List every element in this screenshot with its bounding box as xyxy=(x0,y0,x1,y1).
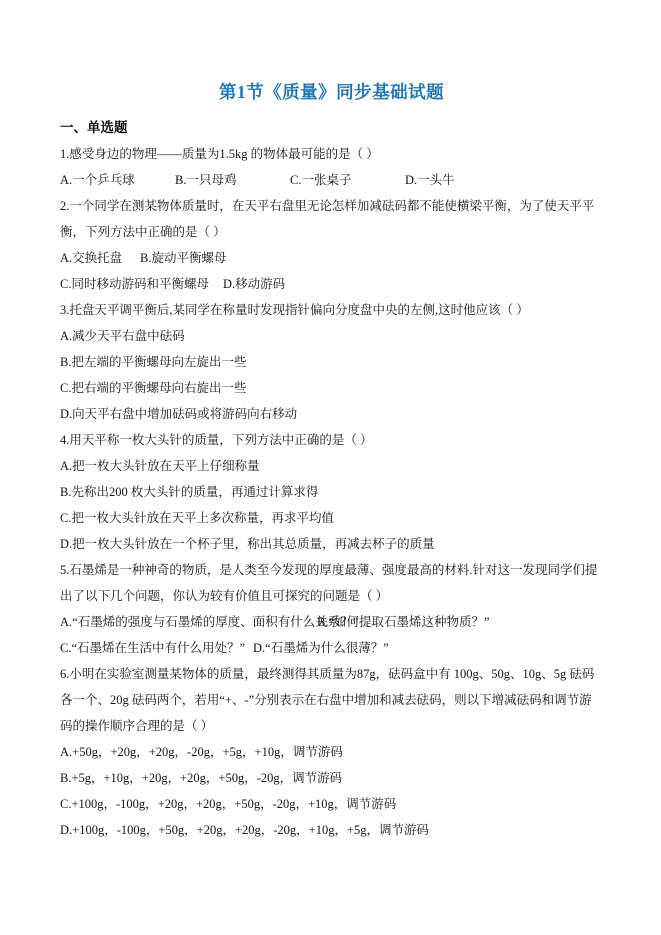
section-heading: 一、单选题 xyxy=(60,115,603,141)
option-row: B.+5g，+10g，+20g，+20g，+50g，-20g，调节游码 xyxy=(60,765,603,791)
question-stem: 5.石墨烯是一种神奇的物质，是人类至今发现的厚度最薄、强度最高的材料.针对这一发… xyxy=(60,557,603,609)
option-row: A.交换托盘B.旋动平衡螺母 xyxy=(60,245,603,271)
option: A.交换托盘 xyxy=(60,245,140,271)
option: C.同时移动游码和平衡螺母 xyxy=(60,271,223,297)
option: A.“石墨烯的强度与石墨烯的厚度、面积有什么关系？” xyxy=(60,609,317,635)
question-stem: 1.感受身边的物理——质量为1.5kg 的物体最可能的是（ ） xyxy=(60,141,603,167)
question: 5.石墨烯是一种神奇的物质，是人类至今发现的厚度最薄、强度最高的材料.针对这一发… xyxy=(60,557,603,661)
option-row: C.+100g，-100g，+20g，+20g，+50g，-20g，+10g，调… xyxy=(60,791,603,817)
option: D.把一枚大头针放在一个杯子里，称出其总质量，再减去杯子的质量 xyxy=(60,531,435,557)
option: A.减少天平右盘中砝码 xyxy=(60,323,185,349)
option: D.向天平右盘中增加砝码或将游码向右移动 xyxy=(60,401,297,427)
option: C.+100g，-100g，+20g，+20g，+50g，-20g，+10g，调… xyxy=(60,791,396,817)
option: D.+100g，-100g，+50g，+20g，+20g，-20g，+10g，+… xyxy=(60,817,429,843)
option-row: A.+50g，+20g，+20g，-20g，+5g，+10g，调节游码 xyxy=(60,739,603,765)
option: A.把一枚大头针放在天平上仔细称量 xyxy=(60,453,260,479)
option: A.一个乒乓球 xyxy=(60,167,175,193)
option-row: D.向天平右盘中增加砝码或将游码向右移动 xyxy=(60,401,603,427)
question-stem: 4.用天平称一枚大头针的质量，下列方法中正确的是（ ） xyxy=(60,427,603,453)
option: C.把右端的平衡螺母向右旋出一些 xyxy=(60,375,246,401)
worksheet-page: 第1节《质量》同步基础试题 一、单选题 1.感受身边的物理——质量为1.5kg … xyxy=(0,0,661,843)
page-title: 第1节《质量》同步基础试题 xyxy=(60,80,603,104)
option: B.旋动平衡螺母 xyxy=(140,245,226,271)
option: B.+5g，+10g，+20g，+20g，+50g，-20g，调节游码 xyxy=(60,765,342,791)
question: 3.托盘天平调平衡后,某同学在称量时发现指针偏向分度盘中央的左侧,这时他应该（ … xyxy=(60,297,603,427)
option-row: C.“石墨烯在生活中有什么用处？”D.“石墨烯为什么很薄？” xyxy=(60,635,603,661)
option-row: A.把一枚大头针放在天平上仔细称量 xyxy=(60,453,603,479)
option: B.一只母鸡 xyxy=(175,167,290,193)
question: 1.感受身边的物理——质量为1.5kg 的物体最可能的是（ ）A.一个乒乓球B.… xyxy=(60,141,603,193)
question-stem: 2.一个同学在测某物体质量时，在天平右盘里无论怎样加减砝码都不能使横梁平衡，为了… xyxy=(60,193,603,245)
option: D.一头牛 xyxy=(405,167,455,193)
option: D.移动游码 xyxy=(223,271,285,297)
option: C.把一枚大头针放在天平上多次称量，再求平均值 xyxy=(60,505,334,531)
question-stem: 6.小明在实验室测量某物体的质量，最终测得其质量为87g，砝码盒中有 100g、… xyxy=(60,661,603,739)
option: C.一张桌子 xyxy=(290,167,405,193)
option-row: C.同时移动游码和平衡螺母D.移动游码 xyxy=(60,271,603,297)
option: B.“如何提取石墨烯这种物质？” xyxy=(317,609,490,635)
option: C.“石墨烯在生活中有什么用处？” xyxy=(60,635,253,661)
option: B.把左端的平衡螺母向左旋出一些 xyxy=(60,349,246,375)
option-row: D.把一枚大头针放在一个杯子里，称出其总质量，再减去杯子的质量 xyxy=(60,531,603,557)
questions-container: 1.感受身边的物理——质量为1.5kg 的物体最可能的是（ ）A.一个乒乓球B.… xyxy=(60,141,603,843)
option: D.“石墨烯为什么很薄？” xyxy=(253,635,389,661)
option-row: C.把一枚大头针放在天平上多次称量，再求平均值 xyxy=(60,505,603,531)
question: 6.小明在实验室测量某物体的质量，最终测得其质量为87g，砝码盒中有 100g、… xyxy=(60,661,603,843)
question: 4.用天平称一枚大头针的质量，下列方法中正确的是（ ）A.把一枚大头针放在天平上… xyxy=(60,427,603,557)
option-row: A.“石墨烯的强度与石墨烯的厚度、面积有什么关系？”B.“如何提取石墨烯这种物质… xyxy=(60,609,603,635)
option-row: C.把右端的平衡螺母向右旋出一些 xyxy=(60,375,603,401)
question-stem: 3.托盘天平调平衡后,某同学在称量时发现指针偏向分度盘中央的左侧,这时他应该（ … xyxy=(60,297,603,323)
option-row: A.一个乒乓球B.一只母鸡C.一张桌子D.一头牛 xyxy=(60,167,603,193)
option-row: A.减少天平右盘中砝码 xyxy=(60,323,603,349)
option-row: B.先称出200 枚大头针的质量，再通过计算求得 xyxy=(60,479,603,505)
option: B.先称出200 枚大头针的质量，再通过计算求得 xyxy=(60,479,318,505)
option: A.+50g，+20g，+20g，-20g，+5g，+10g，调节游码 xyxy=(60,739,343,765)
option-row: D.+100g，-100g，+50g，+20g，+20g，-20g，+10g，+… xyxy=(60,817,603,843)
question: 2.一个同学在测某物体质量时，在天平右盘里无论怎样加减砝码都不能使横梁平衡，为了… xyxy=(60,193,603,297)
option-row: B.把左端的平衡螺母向左旋出一些 xyxy=(60,349,603,375)
